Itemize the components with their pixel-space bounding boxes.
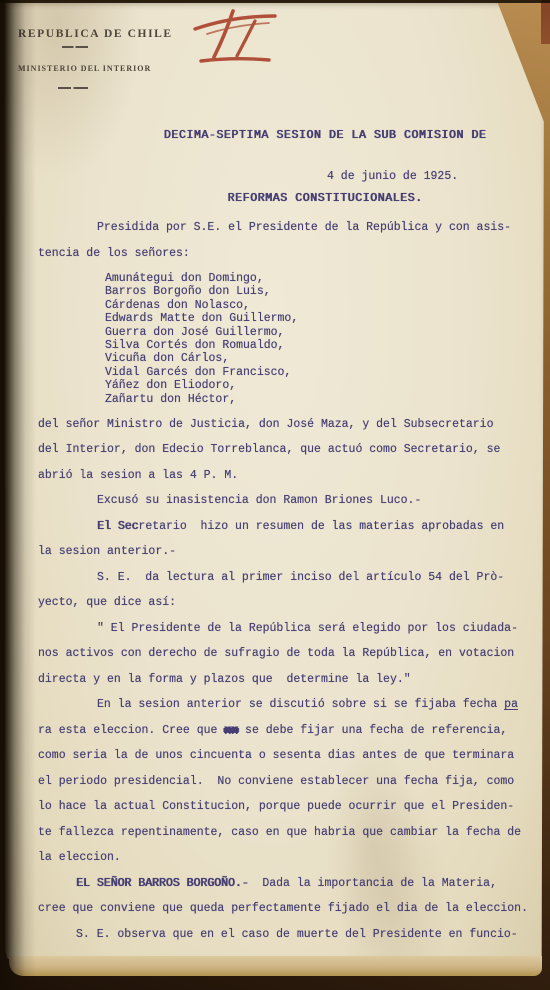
typed-line: te fallezca repentinamente, caso en que … bbox=[38, 820, 543, 846]
typed-line: como seria la de unos cincuenta o sesent… bbox=[38, 743, 543, 769]
typed-line: cree que conviene que queda perfectament… bbox=[38, 896, 543, 922]
typed-line: Cárdenas don Nolasco, bbox=[105, 299, 543, 312]
session-title: DECIMA-SEPTIMA SESION DE LA SUB COMISION… bbox=[145, 103, 505, 231]
document-page: REPUBLICA DE CHILE MINISTERIO DEL INTERI… bbox=[5, 2, 546, 959]
typed-line: Barros Borgoño don Luis, bbox=[105, 285, 543, 298]
typed-line: tencia de los señores: bbox=[38, 241, 543, 267]
letterhead-ministry: MINISTERIO DEL INTERIOR bbox=[18, 64, 173, 73]
typed-line: del señor Ministro de Justicia, don José… bbox=[38, 412, 543, 438]
session-title-line-2: REFORMAS CONSTITUCIONALES. bbox=[145, 192, 505, 205]
typed-line: Silva Cortés don Romualdo, bbox=[105, 339, 543, 352]
typed-line: Excusó su inasistencia don Ramon Briones… bbox=[38, 488, 543, 514]
typed-line: del Interior, don Edecio Torreblanca, qu… bbox=[38, 437, 543, 463]
typed-line: abrió la sesion a las 4 P. M. bbox=[38, 463, 543, 489]
typed-line: S. E. da lectura al primer inciso del ar… bbox=[38, 565, 543, 591]
photo-top-edge bbox=[0, 0, 550, 3]
typed-line: la sesion anterior.- bbox=[38, 539, 543, 565]
typed-line: En la sesion anterior se discutió sobre … bbox=[38, 692, 543, 718]
typed-line: " El Presidente de la República será ele… bbox=[38, 616, 543, 642]
typed-line: lo hace la actual Constitucion, porque p… bbox=[38, 794, 543, 820]
session-date: 4 de junio de 1925. bbox=[327, 170, 458, 183]
typed-line: EL SEÑOR BARROS BORGOÑO.- Dada la import… bbox=[38, 871, 543, 897]
typed-line: nos activos con derecho de sufragio de t… bbox=[38, 641, 543, 667]
typed-line: el periodo presidencial. No conviene est… bbox=[38, 769, 543, 795]
typed-line: Edwards Matte don Guillermo, bbox=[105, 312, 543, 325]
typed-line: Yáñez don Eliodoro, bbox=[105, 379, 543, 392]
typed-line: S. E. observa que en el caso de muerte d… bbox=[38, 922, 543, 948]
typed-line: la eleccion. bbox=[38, 845, 543, 871]
letterhead: REPUBLICA DE CHILE MINISTERIO DEL INTERI… bbox=[18, 28, 173, 89]
typed-line: Vidal Garcés don Francisco, bbox=[105, 366, 543, 379]
typed-line: Zañartu don Héctor, bbox=[105, 393, 543, 406]
typed-line: Presidida por S.E. el Presidente de la R… bbox=[38, 215, 543, 241]
typed-line: Vicuña don Cárlos, bbox=[105, 352, 543, 365]
typed-line: ra esta eleccion. Cree que xx se debe fi… bbox=[38, 718, 543, 744]
handwritten-roman-numeral-annotation bbox=[183, 8, 283, 66]
photo-of-document: REPUBLICA DE CHILE MINISTERIO DEL INTERI… bbox=[0, 0, 550, 990]
session-title-line-1: DECIMA-SEPTIMA SESION DE LA SUB COMISION… bbox=[145, 129, 505, 142]
letterhead-rule-1 bbox=[62, 46, 88, 48]
table-edge-streak bbox=[541, 0, 550, 44]
letterhead-rule-2 bbox=[58, 87, 88, 89]
typed-line: Guerra don José Guillermo, bbox=[105, 326, 543, 339]
typed-line: yecto, que dice así: bbox=[38, 590, 543, 616]
typed-line: El Secretario hizo un resumen de las mat… bbox=[38, 514, 543, 540]
typed-line: directa y en la forma y plazos que deter… bbox=[38, 667, 543, 693]
page-bottom-edge bbox=[9, 956, 542, 976]
letterhead-country: REPUBLICA DE CHILE bbox=[18, 28, 173, 40]
typed-line: Amunátegui don Domingo, bbox=[105, 272, 543, 285]
typed-body: Presidida por S.E. el Presidente de la R… bbox=[38, 215, 543, 947]
